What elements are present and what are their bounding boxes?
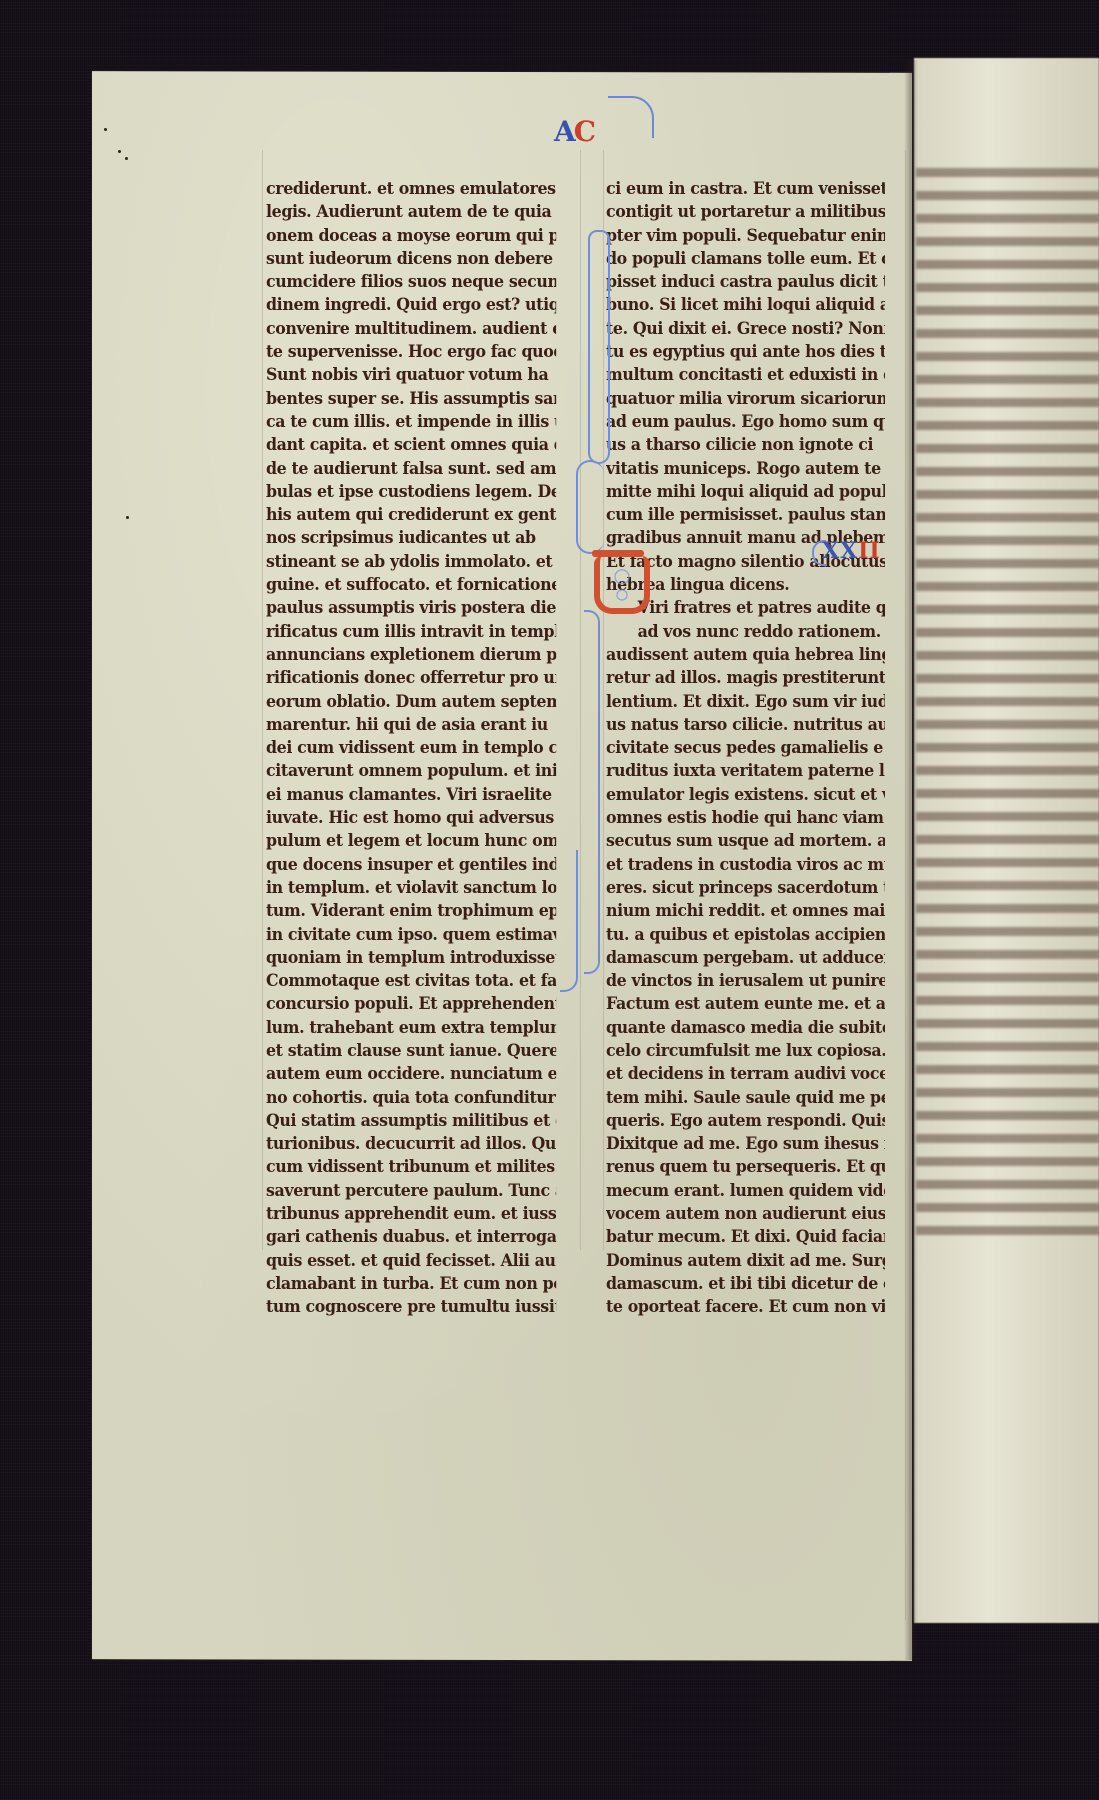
text-line: cumcidere filios suos neque secundum con… [266,271,556,294]
text-line: contigit ut portaretur a militibus pro [606,201,885,224]
pen-flourish-upper [588,230,610,464]
text-line: quis esset. et quid fecisset. Alii autem… [266,1250,556,1273]
chapter-number: XXII [822,538,881,564]
text-line: quoniam in templum introduxisset paulus. [266,947,556,970]
text-line: Commotaque est civitas tota. et facta es… [266,970,556,993]
text-line: et statim clause sunt ianue. Querentibus [266,1040,556,1063]
text-line: emulator legis existens. sicut et vos [606,784,885,807]
text-line: ruditus iuxta veritatem paterne legis [606,760,885,783]
text-line: de te audierunt falsa sunt. sed am [266,458,556,481]
text-line: guine. et suffocato. et fornicatione. Tu… [266,574,556,597]
text-line: Sunt nobis viri quatuor votum ha [266,364,556,387]
text-line: damascum pergebam. ut adducerem in [606,947,885,970]
text-line: saverunt percutere paulum. Tunc accedens [266,1180,556,1203]
left-text-column: crediderunt. et omnes emulatores sunt le… [266,178,578,1320]
text-line: mecum erant. lumen quidem viderunt [606,1180,885,1203]
text-line: de vinctos in ierusalem ut punirentur. [606,970,885,993]
text-line: do populi clamans tolle eum. Et cum ce [606,248,885,271]
text-line: rificatus cum illis intravit in templum [266,621,556,644]
text-line: gari cathenis duabus. et interrogabat [266,1226,556,1249]
text-line: citaverunt omnem populum. et iniecerunt [266,760,556,783]
text-line: tu. a quibus et epistolas accipiens ad f… [606,924,885,947]
text-line: cum vidissent tribunum et milites. ces [266,1156,556,1179]
text-line: ei manus clamantes. Viri israelite ad [266,784,556,807]
text-line: mitte mihi loqui aliquid ad populum. Et [606,481,885,504]
text-line: pter vim populi. Sequebatur enim multitu [606,225,885,248]
text-line: civitate secus pedes gamalielis e [606,737,885,760]
text-line: pulum et legem et locum hunc omnes ubi [266,830,556,853]
text-line: annuncians expletionem dierum pu [266,644,556,667]
text-line: tribunus apprehendit eum. et iussit alli [266,1203,556,1226]
text-line: crediderunt. et omnes emulatores sunt [266,178,556,201]
parchment-speck [125,157,128,160]
text-line: marentur. hii qui de asia erant iu [266,714,556,737]
text-line: us a tharso cilicie non ignote ci [606,434,885,457]
text-line: convenire multitudinem. audient enim [266,318,556,341]
text-line: cum ille permisisset. paulus stans in [606,504,885,527]
right-text-column: ci eum in castra. Et cum venisset ad gra… [606,178,906,1320]
chapter-number-red: II [858,538,881,564]
text-line: ci eum in castra. Et cum venisset ad gra… [606,178,885,201]
text-line: tem mihi. Saule saule quid me perse [606,1087,885,1110]
text-line: ad eum paulus. Ego homo sum quidem iude [606,411,885,434]
text-line: stineant se ab ydolis immolato. et san [266,551,556,574]
text-line: in templum. et violavit sanctum locum is [266,877,556,900]
text-line: Dominus autem dixit ad me. Surgens vade [606,1250,885,1273]
text-line: tum cognoscere pre tumultu iussit du [266,1296,556,1319]
column-divider-ruling [580,150,581,1250]
text-line: sunt iudeorum dicens non debere eos cir [266,248,556,271]
text-line: te supervenisse. Hoc ergo fac quod tibi … [266,341,556,364]
text-line: vitatis municeps. Rogo autem te per [606,458,885,481]
text-line: turionibus. decucurrit ad illos. Qui [266,1133,556,1156]
parchment-speck [126,516,129,519]
text-line: lum. trahebant eum extra templum. [266,1017,556,1040]
gutter-shadow [904,60,918,1660]
text-line: queris. Ego autem respondi. Quis es domi… [606,1110,885,1133]
header-flourish [608,96,654,138]
text-line: nos scripsimus iudicantes ut ab [266,527,556,550]
text-line: renus quem tu persequeris. Et qui [606,1156,885,1179]
text-line: in civitate cum ipso. quem estimaverunt [266,924,556,947]
text-line: que docens insuper et gentiles induxit [266,854,556,877]
text-line: te oporteat facere. Et cum non viderem [606,1296,885,1319]
text-line: paulus assumptis viris postera die pu [266,597,556,620]
text-line: te. Qui dixit ei. Grece nosti? Nonne [606,318,885,341]
text-line: us natus tarso cilicie. nutritus autem i… [606,714,885,737]
text-line: clamabant in turba. Et cum non posset ce… [266,1273,556,1296]
text-line: tu es egyptius qui ante hos dies tu [606,341,885,364]
text-line: no cohortis. quia tota confunditur ierus… [266,1087,556,1110]
text-line: autem eum occidere. nunciatum est tribu [266,1063,556,1086]
pen-flourish-lower [584,610,600,974]
text-line: damascum. et ibi tibi dicetur de omnibus… [606,1273,885,1296]
text-line: bulas et ipse custodiens legem. De [266,481,556,504]
text-line: et tradens in custodia viros ac muli [606,854,885,877]
text-line: Factum est autem eunte me. et appropin [606,993,885,1016]
text-line: dant capita. et scient omnes quia que [266,434,556,457]
parchment-speck [104,128,107,131]
chapter-number-blue: XX [822,538,858,564]
text-line: lentium. Et dixit. Ego sum vir iude [606,691,885,714]
text-line: quante damasco media die subito de [606,1017,885,1040]
pen-flourish-tail [560,850,578,992]
text-line: vocem autem non audierunt eius qui loque [606,1203,885,1226]
running-header-red: C [574,115,594,148]
text-line: concursio populi. Et apprehendentes pau [266,993,556,1016]
text-line: onem doceas a moyse eorum qui per gentes [266,225,556,248]
text-line: ca te cum illis. et impende in illis ut … [266,411,556,434]
text-line: multum concitasti et eduxisti in desertu… [606,364,885,387]
text-line: batur mecum. Et dixi. Quid faciam domine… [606,1226,885,1249]
text-line: dei cum vidissent eum in templo con [266,737,556,760]
text-line: ad vos nunc reddo rationem. Cum [606,621,885,644]
text-line: Dixitque ad me. Ego sum ihesus naza [606,1133,885,1156]
text-line: quatuor milia virorum sicariorum. Et dix… [606,388,885,411]
text-line: retur ad illos. magis prestiterunt si [606,667,885,690]
pen-flourish-scroll [576,460,604,554]
decorated-initial-v [594,556,650,614]
text-line: eorum oblatio. Dum autem septem dies con… [266,691,556,714]
text-line: secutus sum usque ad mortem. alligans [606,830,885,853]
text-line: omnes estis hodie qui hanc viam per [606,807,885,830]
left-margin-ruling [262,150,263,1250]
parchment-speck [118,150,121,153]
text-line: his autem qui crediderunt ex gentibus [266,504,556,527]
text-line: iuvate. Hic est homo qui adversus po [266,807,556,830]
running-header-blue: A [554,115,574,148]
text-line: nium michi reddit. et omnes maiores na [606,900,885,923]
text-line: celo circumfulsit me lux copiosa. [606,1040,885,1063]
text-line: legis. Audierunt autem de te quia disces… [266,201,556,224]
running-header: A C [554,112,594,148]
text-line: audissent autem quia hebrea lingua loque [606,644,885,667]
facing-page-text [916,168,1099,1248]
text-line: buno. Si licet mihi loqui aliquid ad [606,294,885,317]
text-line: pisset induci castra paulus dicit tri [606,271,885,294]
text-line: rificationis donec offerretur pro unoquo… [266,667,556,690]
text-line: bentes super se. His assumptis sanctifi [266,388,556,411]
text-line: et decidens in terram audivi vocem dicen [606,1063,885,1086]
text-line: tum. Viderant enim trophimum ephesium [266,900,556,923]
text-line: Qui statim assumptis militibus et cen [266,1110,556,1133]
text-line: dinem ingredi. Quid ergo est? utique opo… [266,294,556,317]
text-line: eres. sicut princeps sacerdotum testimo [606,877,885,900]
